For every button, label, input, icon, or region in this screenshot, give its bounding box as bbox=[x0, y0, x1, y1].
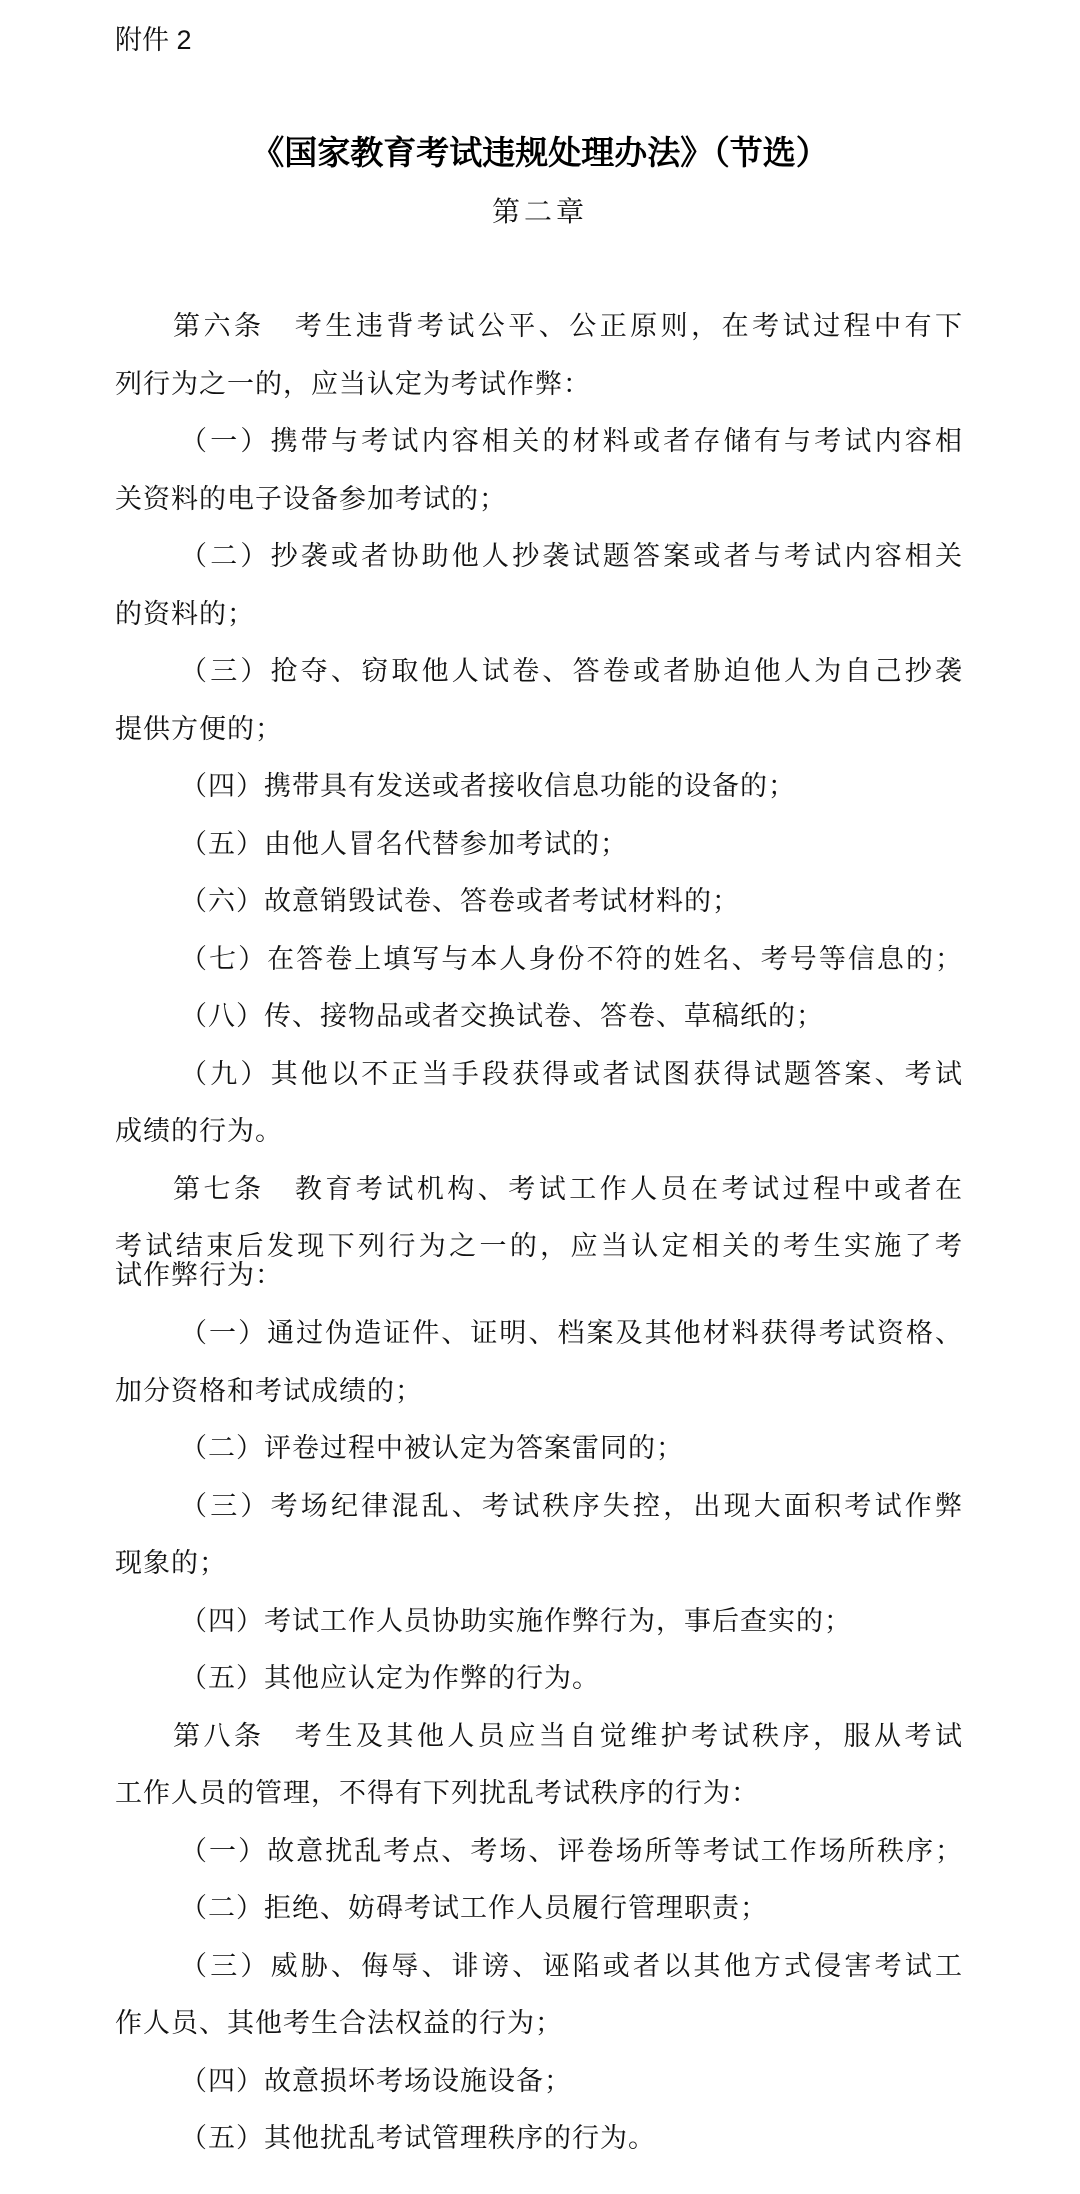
body-line: （六）故意销毁试卷、答卷或者考试材料的； bbox=[180, 885, 740, 919]
body-line: 作人员、其他考生合法权益的行为； bbox=[115, 2007, 563, 2041]
body-line: （八）传、接物品或者交换试卷、答卷、草稿纸的； bbox=[180, 1000, 824, 1034]
body-line: （一）故意扰乱考点、考场、评卷场所等考试工作场所秩序； bbox=[180, 1835, 962, 1869]
body-line: 试作弊行为： bbox=[115, 1259, 283, 1293]
body-line: （三）考场纪律混乱、考试秩序失控，出现大面积考试作弊 bbox=[180, 1490, 962, 1524]
body-line: （四）携带具有发送或者接收信息功能的设备的； bbox=[180, 770, 796, 804]
body-line: （四）考试工作人员协助实施作弊行为，事后查实的； bbox=[180, 1605, 852, 1639]
attachment-label: 附件 2 bbox=[115, 24, 192, 56]
body-line: （一）通过伪造证件、证明、档案及其他材料获得考试资格、 bbox=[180, 1317, 962, 1351]
body-line: （九）其他以不正当手段获得或者试图获得试题答案、考试 bbox=[180, 1058, 962, 1092]
body-line: （三）威胁、侮辱、诽谤、诬陷或者以其他方式侵害考试工 bbox=[180, 1950, 962, 1984]
body-line: 第八条 考生及其他人员应当自觉维护考试秩序，服从考试 bbox=[173, 1720, 962, 1754]
body-line: （五）其他扰乱考试管理秩序的行为。 bbox=[180, 2122, 656, 2156]
body-line: 成绩的行为。 bbox=[115, 1115, 283, 1149]
body-line: （二）评卷过程中被认定为答案雷同的； bbox=[180, 1432, 684, 1466]
chapter-heading: 第二章 bbox=[0, 192, 1080, 232]
body-line: （七）在答卷上填写与本人身份不符的姓名、考号等信息的； bbox=[180, 943, 962, 977]
document-title: 《国家教育考试违规处理办法》（节选） bbox=[0, 128, 1080, 178]
body-line: 关资料的电子设备参加考试的； bbox=[115, 483, 507, 517]
body-line: 加分资格和考试成绩的； bbox=[115, 1375, 423, 1409]
body-line: 提供方便的； bbox=[115, 713, 283, 747]
body-line: 第六条 考生违背考试公平、公正原则，在考试过程中有下 bbox=[173, 310, 962, 344]
body-line: （二）拒绝、妨碍考试工作人员履行管理职责； bbox=[180, 1892, 768, 1926]
document-page: 附件 2 《国家教育考试违规处理办法》（节选） 第二章 第六条 考生违背考试公平… bbox=[0, 0, 1080, 2194]
body-line: 工作人员的管理，不得有下列扰乱考试秩序的行为： bbox=[115, 1777, 759, 1811]
body-line: 的资料的； bbox=[115, 598, 255, 632]
body-line: 第七条 教育考试机构、考试工作人员在考试过程中或者在 bbox=[173, 1173, 962, 1207]
body-line: 现象的； bbox=[115, 1547, 227, 1581]
body-line: （四）故意损坏考场设施设备； bbox=[180, 2065, 572, 2099]
body-line: （二）抄袭或者协助他人抄袭试题答案或者与考试内容相关 bbox=[180, 540, 962, 574]
body-line: 列行为之一的，应当认定为考试作弊： bbox=[115, 368, 591, 402]
body-line: （五）其他应认定为作弊的行为。 bbox=[180, 1662, 600, 1696]
body-line: （三）抢夺、窃取他人试卷、答卷或者胁迫他人为自己抄袭 bbox=[180, 655, 962, 689]
body-line: （五）由他人冒名代替参加考试的； bbox=[180, 828, 628, 862]
body-line: （一）携带与考试内容相关的材料或者存储有与考试内容相 bbox=[180, 425, 962, 459]
